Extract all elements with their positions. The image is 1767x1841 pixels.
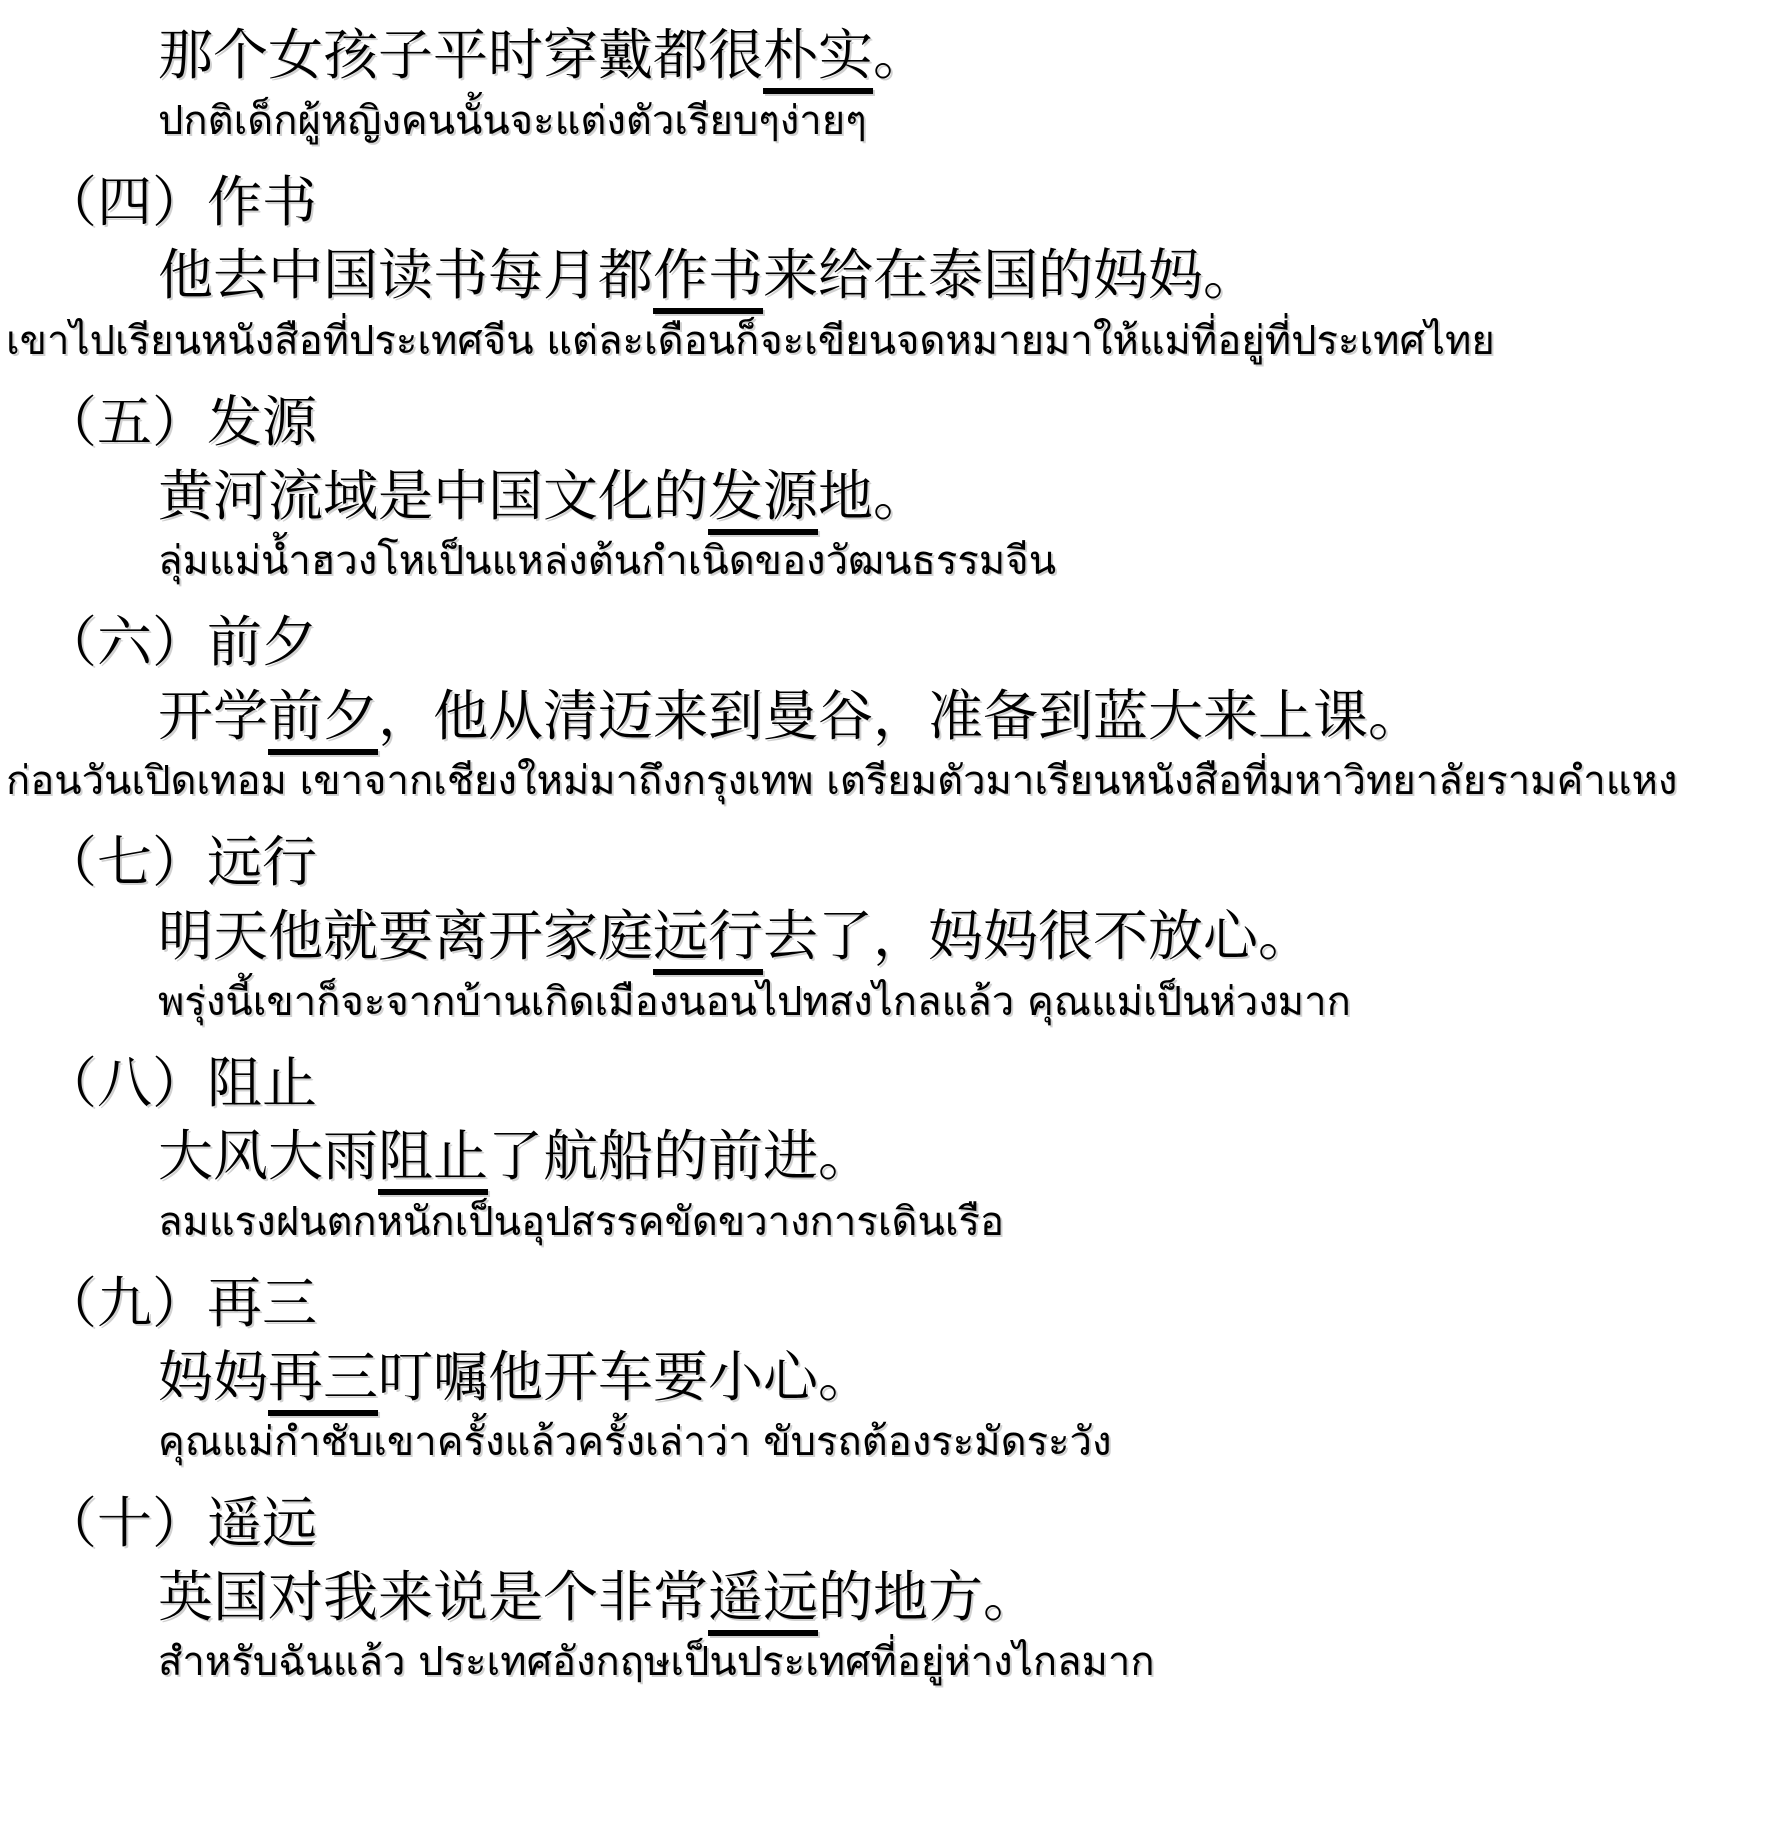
sentence-text: 英国对我来说是个非常 <box>158 1565 708 1629</box>
sentence-text: 开学 <box>158 684 268 748</box>
vocab-entry: （四）作书 他去中国读书每月都作书来给在泰国的妈妈。 เขาไปเรียนหนั… <box>0 168 1767 368</box>
entry-number-and-headword: （十）遥远 <box>42 1489 1767 1558</box>
underlined-headword: 阻止 <box>378 1124 488 1188</box>
sentence-text: 明天他就要离开家庭 <box>158 904 653 968</box>
thai-translation: คุณแม่กำชับเขาครั้งแล้วครั้งเล่าว่า ขับร… <box>158 1415 1767 1469</box>
vocab-entry: （九）再三 妈妈再三叮嘱他开车要小心。 คุณแม่กำชับเขาครั้งแ… <box>0 1269 1767 1469</box>
underlined-headword: 朴实 <box>763 23 873 87</box>
thai-translation: ก่อนวันเปิดเทอม เขาจากเชียงใหม่มาถึงกรุง… <box>6 754 1767 808</box>
chinese-example-sentence: 明天他就要离开家庭远行去了，妈妈很不放心。 <box>158 901 1767 973</box>
chinese-example-sentence: 开学前夕，他从清迈来到曼谷，准备到蓝大来上课。 <box>158 681 1767 753</box>
underlined-headword: 作书 <box>653 243 763 307</box>
vocab-entry: （五）发源 黄河流域是中国文化的发源地。 ลุ่มแม่น้ำฮวงโหเป็น… <box>0 388 1767 588</box>
vocab-entry: （十）遥远 英国对我来说是个非常遥远的地方。 สำหรับฉันแล้ว ประ… <box>0 1489 1767 1689</box>
sentence-text: 的地方。 <box>818 1565 1038 1629</box>
sentence-text: 他去中国读书每月都 <box>158 243 653 307</box>
thai-translation: สำหรับฉันแล้ว ประเทศอังกฤษเป็นประเทศที่อ… <box>158 1635 1767 1689</box>
sentence-text: 黄河流域是中国文化的 <box>158 464 708 528</box>
vocabulary-document: 那个女孩子平时穿戴都很朴实。 ปกติเด็กผู้หญิงคนนั้นจะแต… <box>0 20 1767 1689</box>
vocab-entry: （八）阻止 大风大雨阻止了航船的前进。 ลมแรงฝนตกหนักเป็นอุป… <box>0 1049 1767 1249</box>
thai-translation: ลมแรงฝนตกหนักเป็นอุปสรรคขัดขวางการเดินเร… <box>158 1195 1767 1249</box>
sentence-text: 地。 <box>818 464 928 528</box>
chinese-example-sentence: 那个女孩子平时穿戴都很朴实。 <box>158 20 1767 92</box>
chinese-example-sentence: 黄河流域是中国文化的发源地。 <box>158 461 1767 533</box>
underlined-headword: 再三 <box>268 1345 378 1409</box>
chinese-example-sentence: 大风大雨阻止了航船的前进。 <box>158 1121 1767 1193</box>
vocab-entry: 那个女孩子平时穿戴都很朴实。 ปกติเด็กผู้หญิงคนนั้นจะแต… <box>0 20 1767 148</box>
sentence-text: 大风大雨 <box>158 1124 378 1188</box>
underlined-headword: 前夕 <box>268 684 378 748</box>
thai-translation: เขาไปเรียนหนังสือที่ประเทศจีน แต่ละเดือน… <box>6 314 1767 368</box>
chinese-example-sentence: 英国对我来说是个非常遥远的地方。 <box>158 1562 1767 1634</box>
sentence-text: 那个女孩子平时穿戴都很 <box>158 23 763 87</box>
sentence-text: 了航船的前进。 <box>488 1124 873 1188</box>
sentence-text: ，他从清迈来到曼谷，准备到蓝大来上课。 <box>378 684 1423 748</box>
entry-number-and-headword: （七）远行 <box>42 828 1767 897</box>
sentence-text: 来给在泰国的妈妈。 <box>763 243 1258 307</box>
sentence-text: 叮嘱他开车要小心。 <box>378 1345 873 1409</box>
entry-number-and-headword: （九）再三 <box>42 1269 1767 1338</box>
entry-number-and-headword: （八）阻止 <box>42 1049 1767 1118</box>
underlined-headword: 远行 <box>653 904 763 968</box>
thai-translation: พรุ่งนี้เขาก็จะจากบ้านเกิดเมืองนอนไปทสงไ… <box>158 975 1767 1029</box>
entry-number-and-headword: （六）前夕 <box>42 608 1767 677</box>
vocab-entry: （六）前夕 开学前夕，他从清迈来到曼谷，准备到蓝大来上课。 ก่อนวันเปิ… <box>0 608 1767 808</box>
underlined-headword: 发源 <box>708 464 818 528</box>
entry-number-and-headword: （五）发源 <box>42 388 1767 457</box>
vocab-entry: （七）远行 明天他就要离开家庭远行去了，妈妈很不放心。 พรุ่งนี้เขาก… <box>0 828 1767 1028</box>
sentence-text: 。 <box>873 23 928 87</box>
underlined-headword: 遥远 <box>708 1565 818 1629</box>
chinese-example-sentence: 妈妈再三叮嘱他开车要小心。 <box>158 1342 1767 1414</box>
sentence-text: 妈妈 <box>158 1345 268 1409</box>
chinese-example-sentence: 他去中国读书每月都作书来给在泰国的妈妈。 <box>158 240 1767 312</box>
thai-translation: ลุ่มแม่น้ำฮวงโหเป็นแหล่งต้นกำเนิดของวัฒน… <box>158 534 1767 588</box>
thai-translation: ปกติเด็กผู้หญิงคนนั้นจะแต่งตัวเรียบๆง่าย… <box>158 94 1767 148</box>
entry-number-and-headword: （四）作书 <box>42 168 1767 237</box>
sentence-text: 去了，妈妈很不放心。 <box>763 904 1313 968</box>
